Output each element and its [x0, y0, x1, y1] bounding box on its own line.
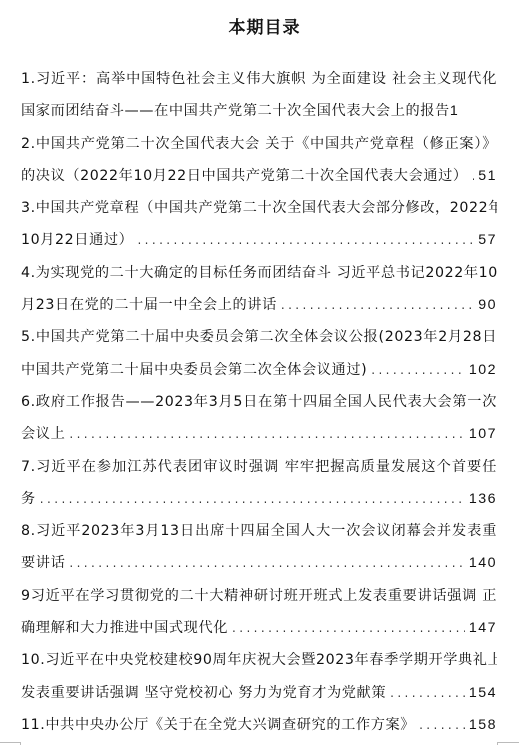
toc-entry-5[interactable]: 5.中国共产党第二十届中央委员会第二次全体会议公报(2023年2月28日 中国共…	[21, 321, 497, 386]
toc-entry-10[interactable]: 10.习近平在中央党校建校90周年庆祝大会暨2023年春季学期开学典礼上 发表重…	[21, 644, 497, 709]
dot-leader	[390, 677, 465, 709]
toc-entry-text: 11.中共中央办公厅《关于在全党大兴调查研究的工作方案》	[21, 709, 415, 741]
dot-leader	[281, 289, 474, 321]
toc-title: 本期目录	[0, 13, 529, 38]
toc-entry-text: 会议上	[21, 418, 65, 450]
toc-entry-text: 7.习近平在参加江苏代表团审议时强调 牢牢把握高质量发展这个首要任	[21, 451, 497, 483]
toc-entry-text: 确理解和大力推进中国式现代化	[21, 612, 228, 644]
page-number: 147	[469, 612, 497, 644]
toc-entry-text: 10月22日通过）	[21, 224, 133, 256]
toc-entry-text: 发表重要讲话强调 坚守党校初心 努力为党育才为党献策	[21, 677, 386, 709]
toc-entry-6[interactable]: 6.政府工作报告——2023年3月5日在第十四届全国人民代表大会第一次 会议上1…	[21, 386, 497, 451]
dot-leader	[419, 709, 465, 741]
toc-entry-text: 月23日在党的二十届一中全会上的讲话	[21, 289, 277, 321]
toc-entry-text: 2.中国共产党第二十次全国代表大会 关于《中国共产党章程（修正案）》	[21, 128, 497, 160]
toc-entry-7[interactable]: 7.习近平在参加江苏代表团审议时强调 牢牢把握高质量发展这个首要任 务136	[21, 451, 497, 516]
toc-entry-text: 9习近平在学习贯彻党的二十大精神研讨班开班式上发表重要讲话强调 正	[21, 580, 497, 612]
page-number: 158	[469, 709, 497, 741]
toc-entry-11[interactable]: 11.中共中央办公厅《关于在全党大兴调查研究的工作方案》158	[21, 709, 497, 741]
toc-entry-8[interactable]: 8.习近平2023年3月13日出席十四届全国人大一次会议闭幕会并发表重 要讲话1…	[21, 515, 497, 580]
toc-entry-text: 5.中国共产党第二十届中央委员会第二次全体会议公报(2023年2月28日	[21, 321, 497, 353]
dot-leader	[40, 483, 465, 515]
corner-mark-right-horizontal	[497, 742, 519, 743]
toc-entry-text: 8.习近平2023年3月13日出席十四届全国人大一次会议闭幕会并发表重	[21, 515, 497, 547]
page-number: 140	[469, 547, 497, 579]
document-page: 本期目录 1.习近平：高举中国特色社会主义伟大旗帜 为全面建设 社会主义现代化 …	[0, 0, 529, 745]
table-of-contents: 1.习近平：高举中国特色社会主义伟大旗帜 为全面建设 社会主义现代化 国家而团结…	[21, 63, 497, 741]
toc-entry-text: 10.习近平在中央党校建校90周年庆祝大会暨2023年春季学期开学典礼上	[21, 644, 497, 676]
toc-entry-text: 要讲话	[21, 547, 65, 579]
dot-leader	[371, 354, 465, 386]
toc-entry-2[interactable]: 2.中国共产党第二十次全国代表大会 关于《中国共产党章程（修正案）》 的决议（2…	[21, 128, 497, 193]
dot-leader	[232, 612, 465, 644]
page-number: 90	[478, 289, 497, 321]
toc-entry-9[interactable]: 9习近平在学习贯彻党的二十大精神研讨班开班式上发表重要讲话强调 正 确理解和大力…	[21, 580, 497, 645]
toc-entry-text: 6.政府工作报告——2023年3月5日在第十四届全国人民代表大会第一次	[21, 386, 497, 418]
toc-entry-text: 国家而团结奋斗——在中国共产党第二十次全国代表大会上的报告	[21, 95, 450, 127]
page-number: 57	[478, 224, 497, 256]
toc-entry-text: 务	[21, 483, 36, 515]
page-number: 1	[450, 95, 459, 127]
toc-entry-text: 3.中国共产党章程（中国共产党第二十次全国代表大会部分修改，2022年	[21, 192, 497, 224]
toc-entry-4[interactable]: 4.为实现党的二十大确定的目标任务而团结奋斗 习近平总书记2022年10 月23…	[21, 257, 497, 322]
page-number: 107	[469, 418, 497, 450]
toc-entry-text: 的决议（2022年10月22日中国共产党第二十次全国代表大会通过）	[21, 160, 468, 192]
dot-leader	[472, 160, 475, 192]
page-number: 136	[469, 483, 497, 515]
toc-entry-text: 4.为实现党的二十大确定的目标任务而团结奋斗 习近平总书记2022年10	[21, 257, 497, 289]
toc-entry-1[interactable]: 1.习近平：高举中国特色社会主义伟大旗帜 为全面建设 社会主义现代化 国家而团结…	[21, 63, 497, 128]
page-number: 51	[478, 160, 497, 192]
page-number: 102	[469, 354, 497, 386]
toc-entry-text: 中国共产党第二十届中央委员会第二次全体会议通过)	[21, 354, 367, 386]
dot-leader	[69, 418, 464, 450]
dot-leader	[69, 547, 464, 579]
corner-mark-left-horizontal	[0, 742, 21, 743]
toc-entry-3[interactable]: 3.中国共产党章程（中国共产党第二十次全国代表大会部分修改，2022年 10月2…	[21, 192, 497, 257]
toc-entry-text: 1.习近平：高举中国特色社会主义伟大旗帜 为全面建设 社会主义现代化	[21, 63, 497, 95]
page-number: 154	[469, 677, 497, 709]
dot-leader	[137, 224, 474, 256]
